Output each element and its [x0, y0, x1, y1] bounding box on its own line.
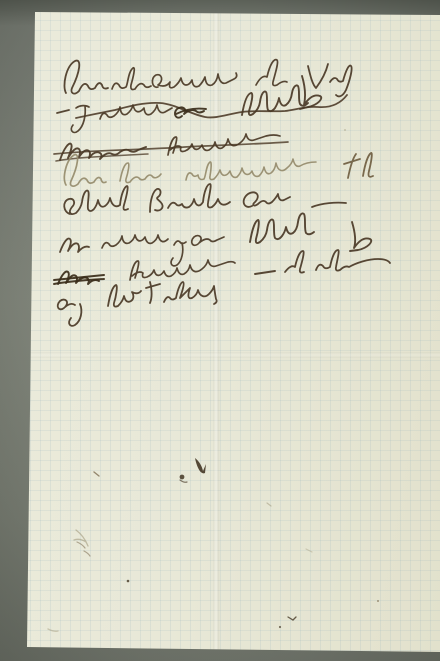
line6-word-blandt — [250, 213, 371, 251]
ink-speck-faint — [267, 503, 271, 506]
line5-word-brandes — [150, 184, 230, 212]
note-paper — [0, 0, 440, 661]
line8-word-og — [58, 300, 82, 326]
line7-word-de — [285, 251, 304, 273]
line4-word-til — [344, 153, 373, 178]
handwriting-layer — [0, 0, 440, 661]
ink-blot-arrow — [195, 458, 206, 473]
line1-word-opnaet — [152, 73, 236, 88]
line1-word-han — [64, 61, 108, 94]
line5-word-om — [244, 192, 290, 207]
line7-word-kunstnere — [130, 260, 235, 280]
line5-dash — [312, 203, 346, 207]
line1-word-vilje — [308, 64, 352, 96]
line1-word-har — [112, 68, 151, 90]
line1-word-sin — [256, 60, 287, 86]
ink-dot-margin — [344, 129, 346, 131]
ink-blot-tail — [180, 480, 187, 482]
line4-word-telegrafere — [186, 159, 316, 180]
ink-speck-pair — [77, 542, 90, 556]
ink-dot-tiny — [377, 600, 379, 602]
line2-dash — [57, 110, 69, 113]
line4-word-kunde — [120, 163, 161, 183]
ink-blot — [180, 475, 185, 480]
ink-speck — [94, 472, 99, 476]
photograph-background: { "document": { "kind": "handwritten not… — [0, 0, 440, 661]
line7-dash — [255, 271, 275, 274]
ink-tick — [288, 617, 296, 620]
line6-word-nu — [60, 239, 89, 252]
scratch-faint — [306, 549, 312, 552]
ink-dot-small — [279, 626, 281, 628]
line6-word-om — [192, 236, 224, 246]
line2-word-regnes — [100, 105, 172, 119]
ink-dot — [127, 580, 130, 583]
smudge-bottom-left — [48, 629, 58, 631]
line6-word-regnes — [102, 235, 168, 248]
line8-word-bestikke — [108, 282, 217, 307]
line7-word-har — [316, 250, 390, 271]
line6-word-jeg — [171, 241, 186, 266]
line2-word-jeg — [71, 106, 89, 133]
line5-word-edvard — [64, 186, 128, 214]
